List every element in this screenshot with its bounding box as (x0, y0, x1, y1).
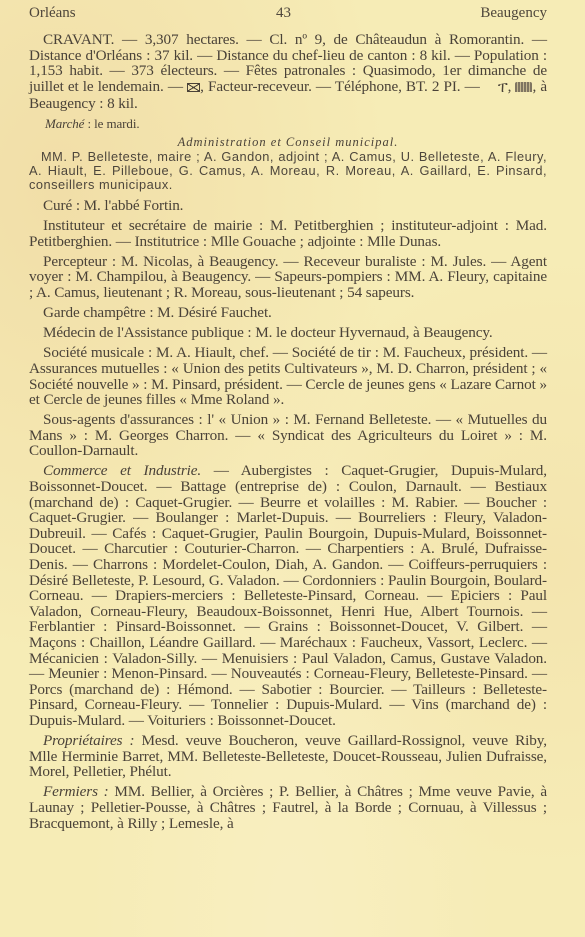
paragraph-proprietaires: Propriétaires : Mesd. veuve Boucheron, v… (29, 733, 547, 780)
letter-envelope-icon (187, 83, 200, 92)
running-head: Orléans 43 Beaugency (29, 0, 547, 22)
paragraph-commerce: Commerce et Industrie. — Aubergistes : C… (29, 463, 547, 728)
paragraph-medecin: Médecin de l'Assistance publique : M. le… (29, 325, 547, 341)
council-members: MM. P. Belleteste, maire ; A. Gandon, ad… (29, 150, 547, 192)
page-number: 43 (276, 4, 291, 22)
paragraph-sous-agents: Sous-agents d'assurances : l' « Union » … (29, 412, 547, 459)
running-head-left: Orléans (29, 4, 76, 22)
document-page: Orléans 43 Beaugency CRAVANT. — 3,307 he… (0, 0, 585, 937)
commune-intro-text-2: , Facteur-receveur. — Téléphone, BT. 2 P… (200, 78, 484, 95)
running-head-right: Beaugency (480, 4, 547, 22)
commerce-text: — Aubergistes : Caquet-Grugier, Dupuis-M… (29, 462, 547, 729)
railway-station-icon (515, 82, 532, 92)
paragraph-garde-champetre: Garde champêtre : M. Désiré Fauchet. (29, 305, 547, 321)
commerce-label: Commerce et Industrie. (43, 462, 201, 479)
telegraph-icon: ፐ (484, 81, 508, 97)
paragraph-fermiers: Fermiers : MM. Bellier, à Orcières ; P. … (29, 784, 547, 831)
paragraph-percepteur: Percepteur : M. Nicolas, à Beaugency. — … (29, 254, 547, 301)
administration-heading: Administration et Conseil municipal. (29, 134, 547, 150)
market-label: Marché (45, 116, 84, 131)
paragraph-instituteur: Instituteur et secrétaire de mairie : M.… (29, 218, 547, 249)
separator: , (508, 78, 516, 95)
proprietaires-label: Propriétaires : (43, 732, 134, 749)
commune-intro: CRAVANT. — 3,307 hectares. — Cl. nº 9, d… (29, 32, 547, 112)
body-text: CRAVANT. — 3,307 hectares. — Cl. nº 9, d… (29, 32, 547, 831)
paragraph-cure: Curé : M. l'abbé Fortin. (29, 198, 547, 214)
paragraph-societes: Société musicale : M. A. Hiault, chef. —… (29, 345, 547, 407)
fermiers-label: Fermiers : (43, 783, 109, 800)
market-line: Marché : le mardi. (29, 116, 547, 132)
market-value: : le mardi. (84, 116, 139, 131)
